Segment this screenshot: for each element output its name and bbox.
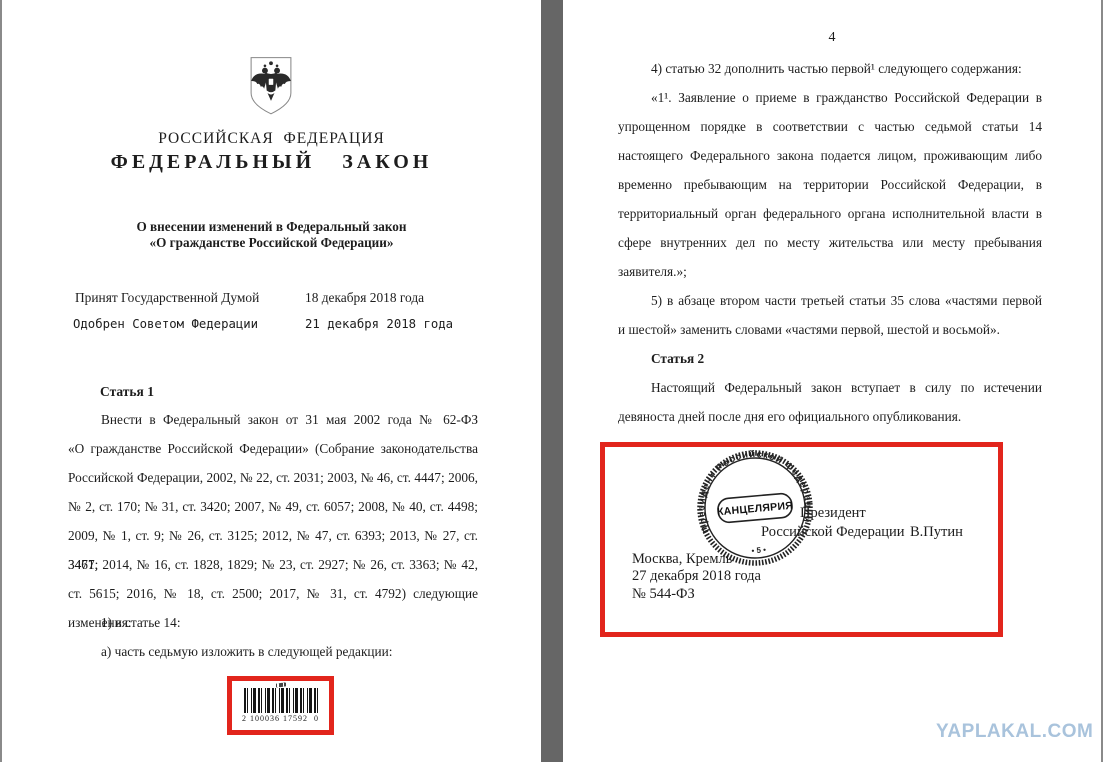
- text-line: 4) статью 32 дополнить частью первой¹ сл…: [618, 54, 1042, 83]
- text-line: Статья 2: [618, 344, 1042, 373]
- signature-name: В.Путин: [910, 524, 963, 541]
- approved-date: 21 декабря 2018 года: [305, 317, 453, 331]
- imprint-number: № 544-ФЗ: [632, 586, 761, 603]
- coat-of-arms-icon: [243, 55, 299, 119]
- text-line: Настоящий Федеральный закон вступает в с…: [618, 373, 1042, 402]
- text-line: территориальный орган федерального орган…: [618, 199, 1042, 228]
- text-line: 5) в абзаце втором части третьей статьи …: [618, 286, 1042, 315]
- text-line: а) часть седьмую изложить в следующей ре…: [68, 637, 478, 666]
- imprint-date: 27 декабря 2018 года: [632, 568, 761, 585]
- text-line: ст. 5615; 2016, № 18, ст. 2500; 2017, № …: [68, 579, 478, 608]
- page-number: 4: [563, 30, 1101, 46]
- text-line: 3477; 2014, № 16, ст. 1828, 1829; № 23, …: [68, 550, 478, 579]
- text-line: Российской Федерации, 2002, № 22, ст. 20…: [68, 463, 478, 492]
- text-line: девяноста дней после дня его официальног…: [618, 402, 1042, 431]
- barcode-highlight-box: 2 100036 17592 0: [227, 676, 334, 735]
- article-1-heading: Статья 1: [100, 384, 154, 400]
- law-subject-line1: О внесении изменений в Федеральный закон: [2, 219, 541, 235]
- text-line: заявителя.»;: [618, 257, 1042, 286]
- text-line: 2009, № 1, ст. 9; № 26, ст. 3125; 2012, …: [68, 521, 478, 550]
- right-page-body: 4) статью 32 дополнить частью первой¹ сл…: [618, 54, 1042, 431]
- text-line: «О гражданстве Российской Федерации» (Со…: [68, 434, 478, 463]
- adopted-by-label: Принят Государственной Думой: [75, 290, 259, 306]
- law-subject: О внесении изменений в Федеральный закон…: [2, 219, 541, 251]
- stamp-ring-text: Президент Российской Федерации: [693, 446, 815, 534]
- left-page-body: Внести в Федеральный закон от 31 мая 200…: [68, 405, 478, 666]
- imprint-block: Москва, Кремль 27 декабря 2018 года № 54…: [632, 551, 761, 603]
- text-line: «1¹. Заявление о приеме в гражданство Ро…: [618, 83, 1042, 112]
- document-page-left: РОССИЙСКАЯ ФЕДЕРАЦИЯ ФЕДЕРАЛЬНЫЙ ЗАКОН О…: [2, 0, 541, 762]
- page-gutter: [541, 0, 563, 762]
- text-line: временно пребывающим на территории Росси…: [618, 170, 1042, 199]
- law-subject-line2: «О гражданстве Российской Федерации»: [2, 235, 541, 251]
- text-line: сфере внутренних дел по месту жительства…: [618, 228, 1042, 257]
- document-page-right: 4 4) статью 32 дополнить частью первой¹ …: [563, 0, 1101, 762]
- adopted-date: 18 декабря 2018 года: [305, 290, 424, 306]
- svg-text:Президент Российской Федерации: Президент Российской Федерации: [693, 446, 815, 534]
- imprint-place: Москва, Кремль: [632, 551, 761, 568]
- text-line: 1) в статье 14:: [68, 608, 478, 637]
- barcode-digits: 2 100036 17592 0: [242, 714, 319, 723]
- barcode-icon: [244, 688, 318, 713]
- text-line: № 2, ст. 170; № 31, ст. 3420; 2007, № 49…: [68, 492, 478, 521]
- approved-by-label: Одобрен Советом Федерации: [73, 317, 258, 331]
- page-title-law-type: ФЕДЕРАЛЬНЫЙ ЗАКОН: [2, 151, 541, 174]
- text-line: упрощенном порядке в соответствии с част…: [618, 112, 1042, 141]
- text-line: настоящего Федерального закона подается …: [618, 141, 1042, 170]
- page-title-country: РОССИЙСКАЯ ФЕДЕРАЦИЯ: [2, 130, 541, 148]
- text-line: Внести в Федеральный закон от 31 мая 200…: [68, 405, 478, 434]
- document-viewer: РОССИЙСКАЯ ФЕДЕРАЦИЯ ФЕДЕРАЛЬНЫЙ ЗАКОН О…: [0, 0, 1103, 762]
- text-line: и шестой» заменить словами «частями перв…: [618, 315, 1042, 344]
- site-watermark: YAPLAKAL.COM: [936, 721, 1093, 743]
